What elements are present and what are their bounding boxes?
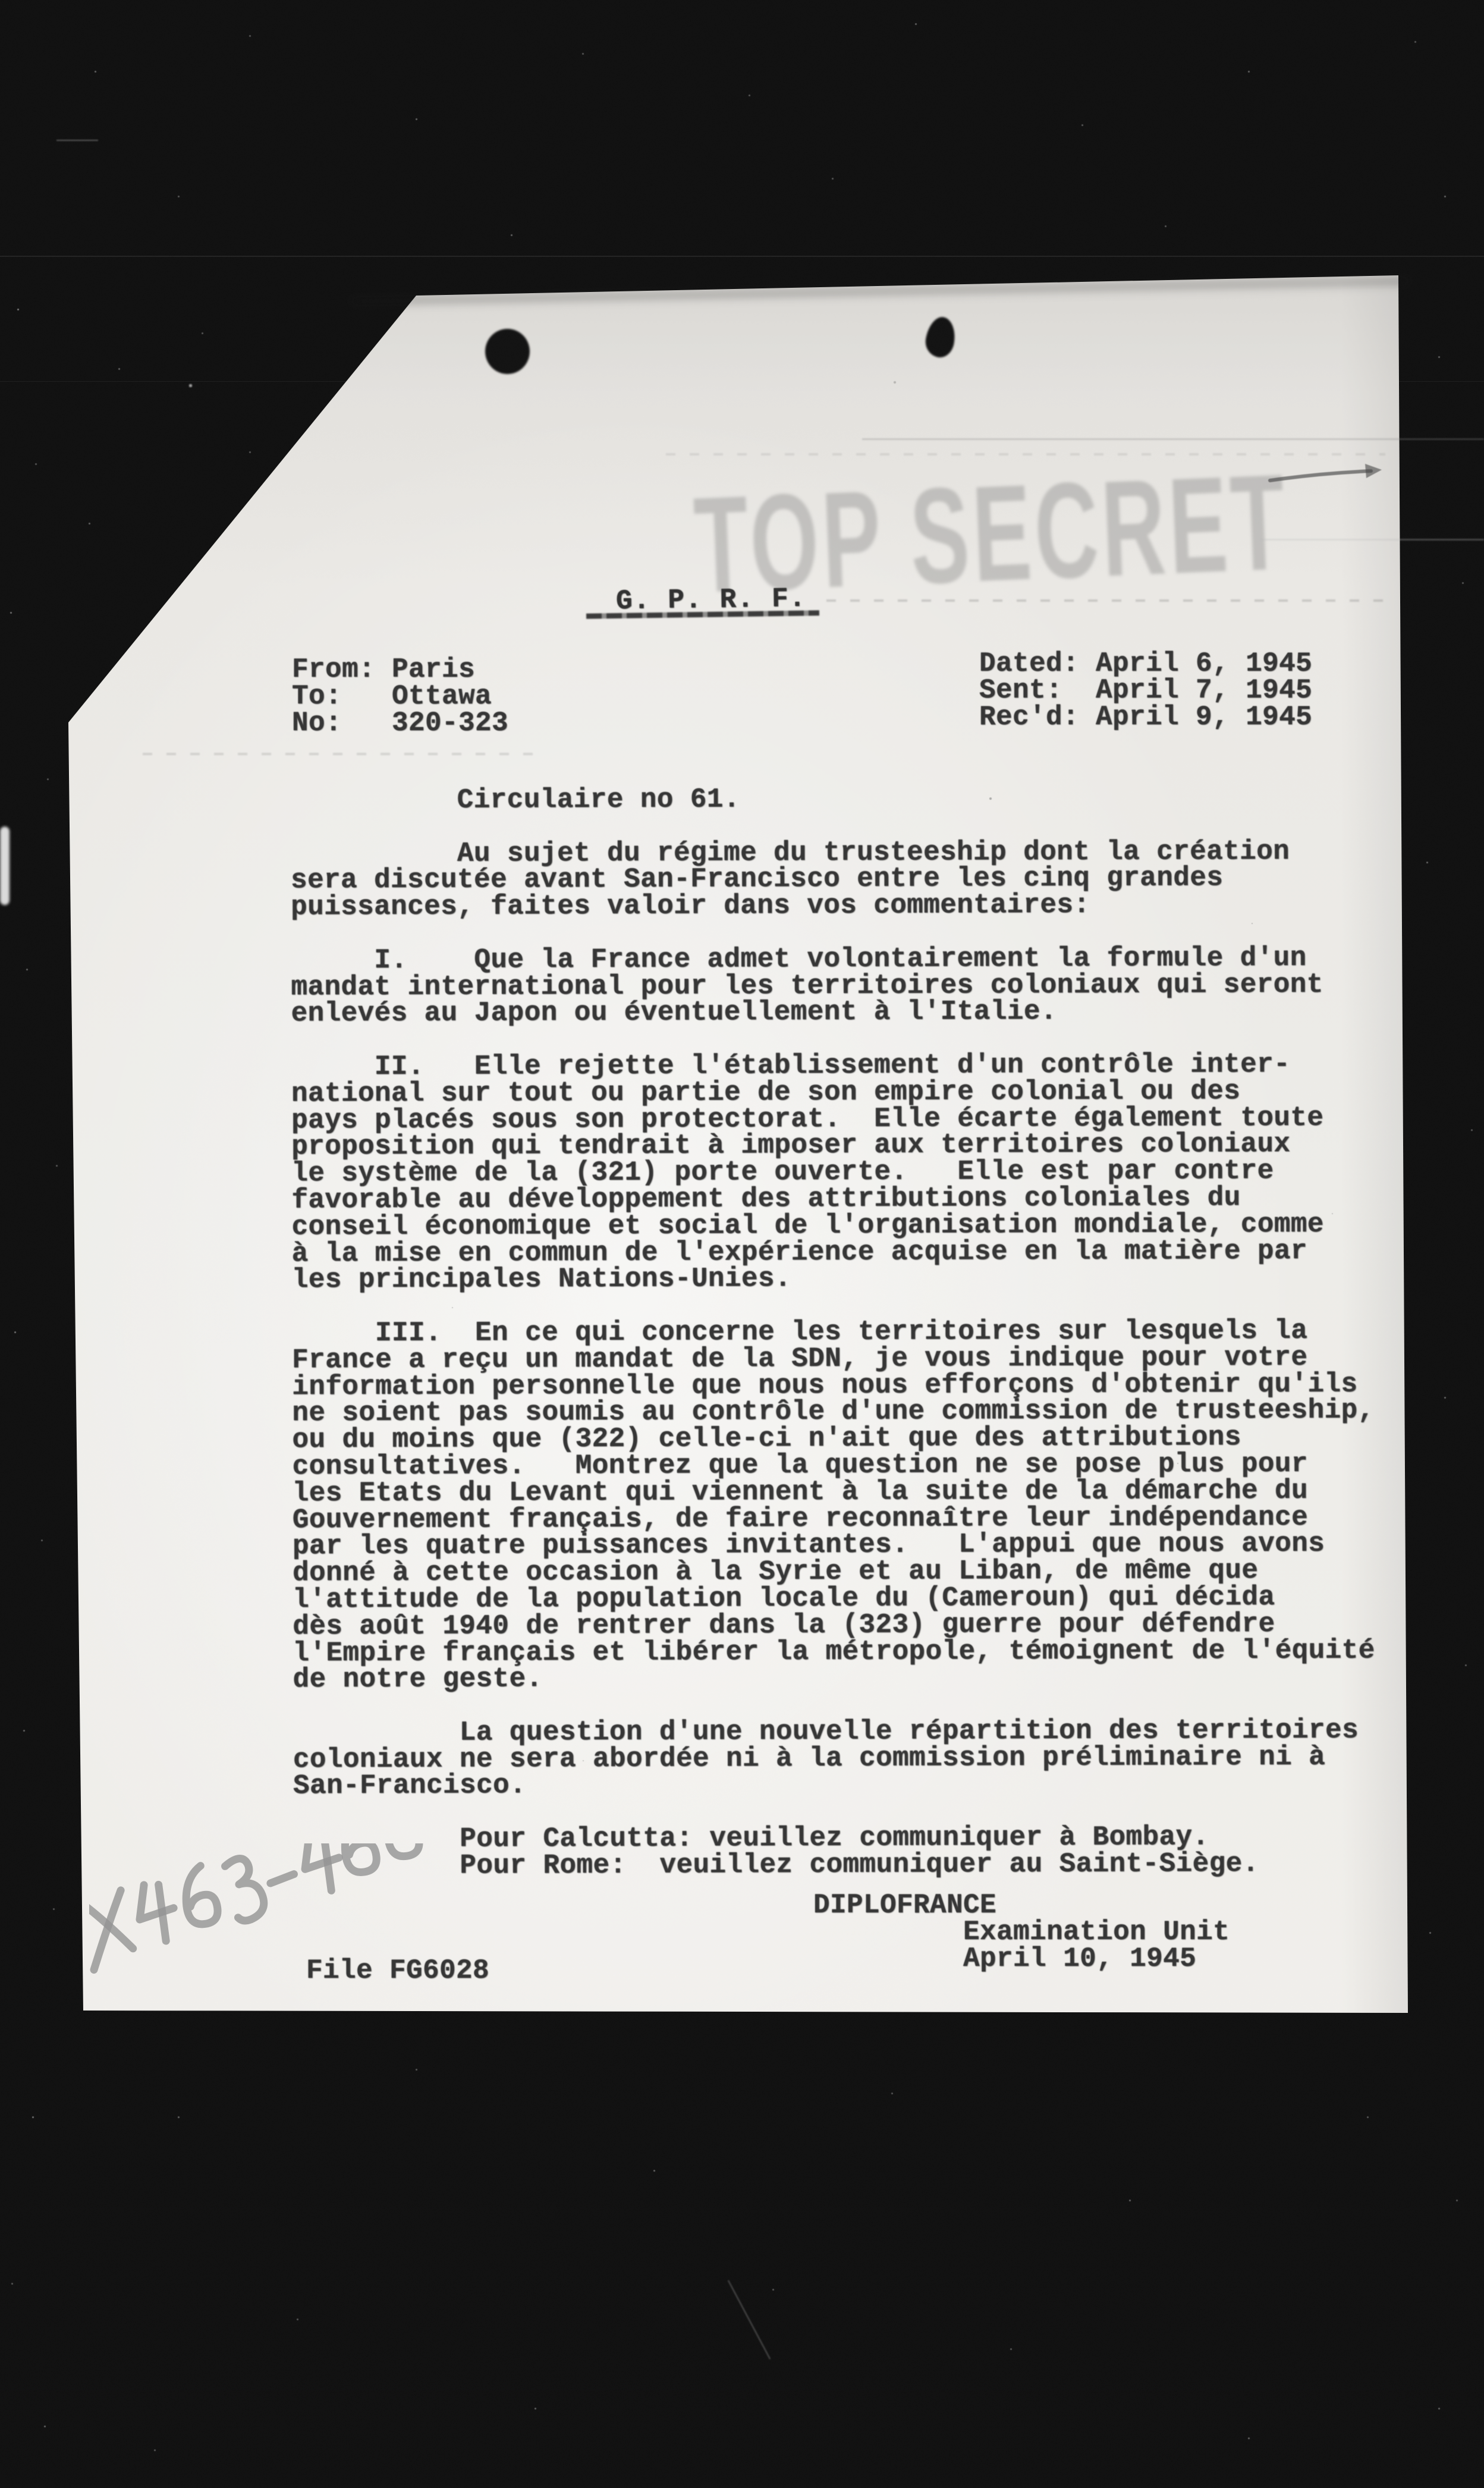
scan-artifact-dashes — [666, 453, 1385, 455]
film-scratch — [56, 140, 98, 141]
film-seam-line — [0, 256, 1484, 257]
pen-arrow-mark — [1265, 458, 1396, 494]
scan-artifact-line — [862, 438, 1484, 440]
scan-artifact-dashes — [143, 753, 547, 755]
scanned-document-photostat: TOP SECRET G. P. R. F. From: Paris To: O… — [0, 0, 1484, 2488]
signoff-block: DIPLOFRANCE Examination Unit April 10, 1… — [813, 1892, 1230, 1972]
meta-dates: Dated: April 6, 1945 Sent: April 7, 1945… — [979, 651, 1312, 730]
punch-hole-left — [485, 329, 530, 374]
film-tear-mark — [0, 827, 10, 905]
paper-flecks — [0, 0, 1, 1]
telegram-body-text: Circulaire no 61. Au sujet du régime du … — [291, 785, 1376, 1880]
film-scratch — [728, 2280, 771, 2359]
scan-artifact-line — [1260, 539, 1484, 541]
handwritten-note — [89, 1843, 505, 2034]
scan-artifact-dashes — [826, 599, 1391, 602]
meta-from-to-no: From: Paris To: Ottawa No: 320-323 — [292, 656, 508, 736]
